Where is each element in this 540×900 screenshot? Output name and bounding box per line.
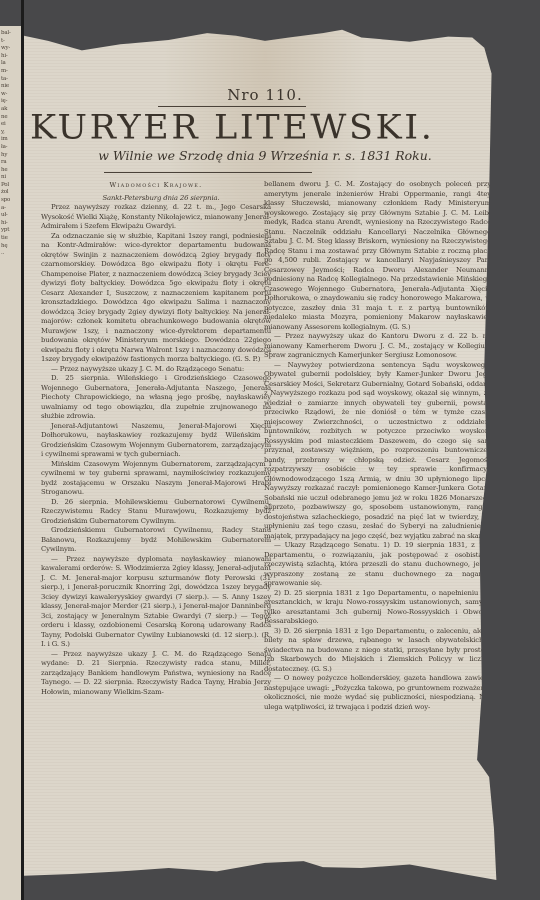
section-heading: Wiadomości Krajowe.: [41, 181, 271, 191]
article-paragraph: Jenerał-Adjutantowi Naszemu, Jenerał-Maj…: [41, 422, 271, 460]
article-paragraph: 2) D. 25 sierpnia 1831 z 1go Departament…: [264, 589, 491, 627]
article-paragraph: — Przez naywyższe ukazy J. C. M. do Rząd…: [41, 650, 271, 698]
issue-number: Nro 110.: [24, 86, 506, 104]
article-paragraph: — Przez naywyższe dyplomata nayłaskawiey…: [41, 555, 271, 650]
left-column: Wiadomości Krajowe. Sankt-Petersburg dni…: [41, 179, 271, 697]
article-paragraph: D. 26 sierpnia. Mohilewskiemu Gubernator…: [41, 498, 271, 527]
article-paragraph: 3) D. 26 sierpnia 1831 z 1go Departament…: [264, 627, 491, 675]
masthead-rule-bottom: [104, 172, 312, 173]
article-paragraph: — Przez naywyższe ukazy J. C. M. do Rząd…: [41, 365, 271, 375]
article-paragraph: D. 25 sierpnia. Wileńskiego i Grodzieńsk…: [41, 374, 271, 422]
article-paragraph: Mińskim Czasowym Wojennym Gubernatorem, …: [41, 460, 271, 498]
article-paragraph: Za odznaczanie się w służbie, Kapitani 1…: [41, 232, 271, 365]
article-paragraph: — Ukazy Rządzącego Senatu. 1) D. 19 sier…: [264, 541, 491, 589]
article-paragraph: bellanem dworu J. C. M. Zostający do oso…: [264, 180, 491, 332]
article-paragraph: — O nowey pożyczce hollenderskiey, gazet…: [264, 674, 491, 712]
issue-dateline: w Wilnie we Srzodę dnia 9 Września r. s.…: [24, 148, 506, 163]
masthead-rule-top: [158, 106, 306, 107]
adjacent-page-edge: bal- t- wy- hi- la m- ta- nie w- ię- ak …: [0, 26, 21, 900]
adjacent-page-text-fragment: bal- t- wy- hi- la m- ta- nie w- ię- ak …: [0, 26, 21, 258]
right-column: bellanem dworu J. C. M. Zostający do oso…: [264, 180, 491, 712]
article-paragraph: Grodzieńskiemu Gubernatorowi Cywilnemu, …: [41, 526, 271, 555]
article-paragraph: — Naywyżey potwierdzona sentencya Sądu w…: [264, 361, 491, 542]
article-paragraph: Przez naywyższy rozkaz dzienny, d. 22 t.…: [41, 203, 271, 232]
newspaper-page: Nro 110. KURYER LITEWSKI. w Wilnie we Sr…: [24, 22, 506, 880]
newspaper-title: KURYER LITEWSKI.: [30, 109, 506, 147]
binding-gutter: [21, 0, 24, 900]
article-paragraph: — Przez naywyższy ukaz do Kantoru Dworu …: [264, 332, 491, 361]
place-date-heading: Sankt-Petersburg dnia 26 sierpnia.: [41, 194, 271, 204]
